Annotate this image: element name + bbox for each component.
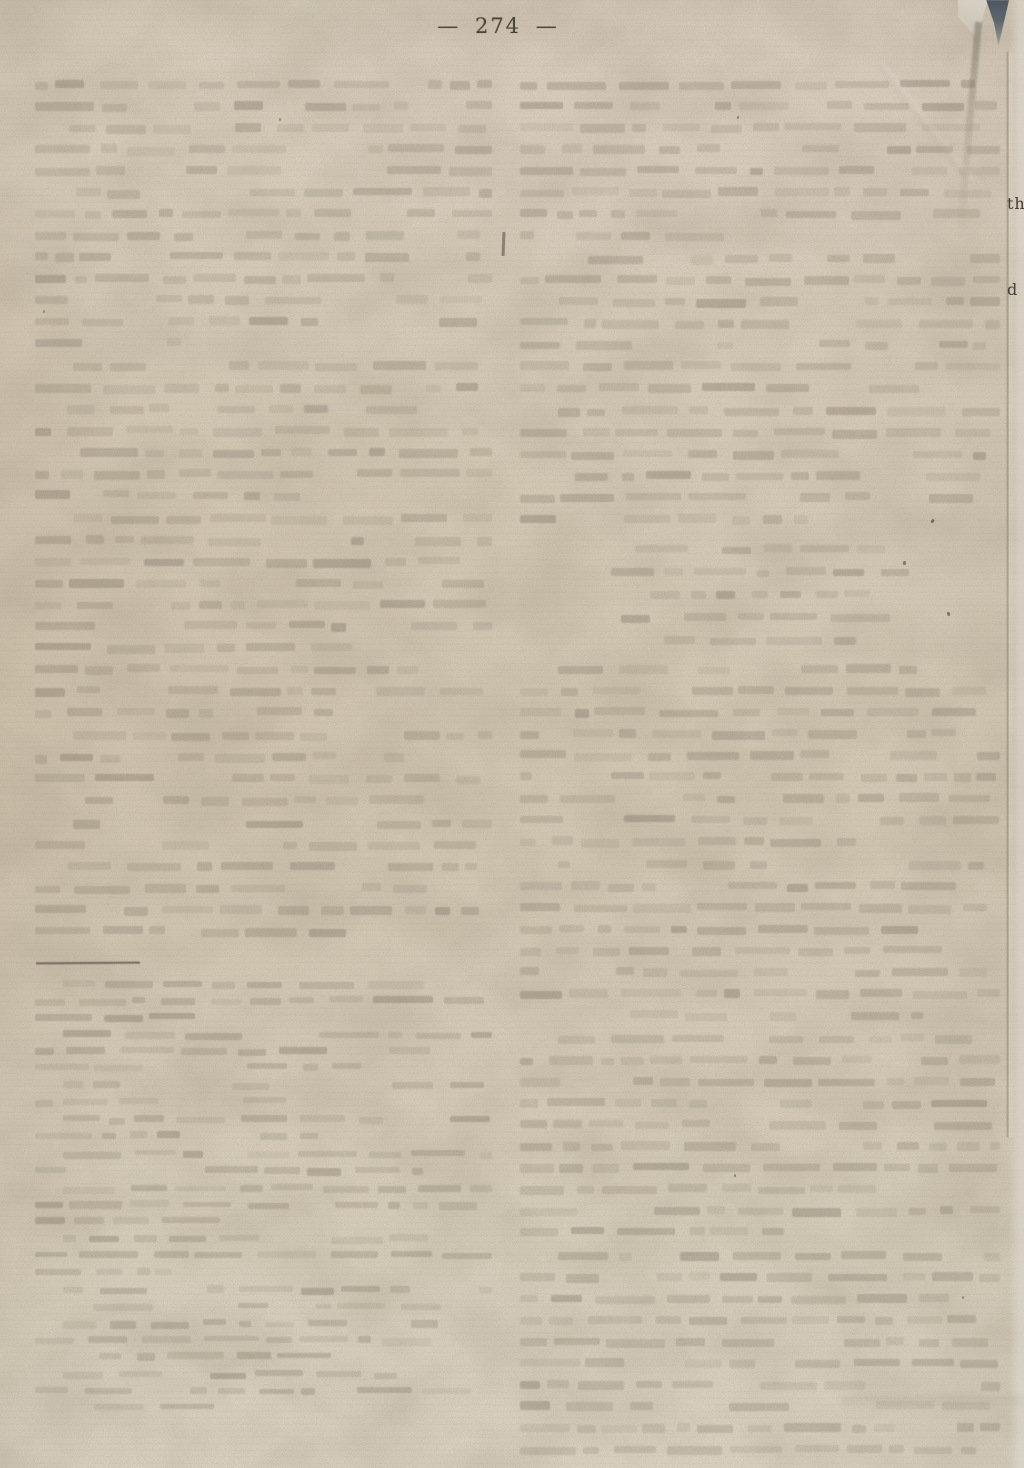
faded-paragraph [35, 1077, 492, 1109]
faded-word-trace [185, 1033, 242, 1040]
faded-text-line [35, 1231, 492, 1247]
faded-word-trace [619, 665, 668, 673]
faded-word-trace [975, 101, 997, 110]
faded-word-trace [802, 145, 839, 152]
faded-word-trace [111, 516, 159, 524]
faded-word-trace [442, 580, 484, 587]
faded-word-trace [197, 862, 212, 871]
faded-word-trace [69, 1201, 122, 1208]
faded-text-line [520, 1417, 1000, 1439]
faded-word-trace [277, 124, 304, 132]
faded-word-trace [76, 188, 101, 196]
faded-word-trace [622, 406, 679, 413]
faded-word-trace [900, 80, 950, 88]
faded-word-trace [242, 798, 289, 806]
faded-text-line [35, 856, 492, 878]
faded-word-trace [392, 1082, 433, 1089]
faded-text-line [520, 1331, 1000, 1353]
faded-word-trace [733, 709, 760, 716]
faded-word-trace [446, 733, 464, 740]
faded-word-trace [231, 885, 285, 893]
faded-word-trace [935, 1035, 972, 1044]
faded-word-trace [887, 146, 911, 154]
faded-text-line [520, 356, 1000, 378]
faded-word-trace [149, 1013, 195, 1019]
faded-word-trace [863, 254, 895, 263]
faded-word-trace [309, 775, 349, 783]
faded-word-trace [580, 124, 624, 133]
faded-word-trace [393, 885, 428, 893]
faded-word-trace [865, 342, 888, 350]
faded-word-trace [547, 82, 606, 90]
faded-word-trace [720, 1273, 758, 1282]
faded-word-trace [400, 469, 460, 477]
faded-word-trace [745, 278, 791, 286]
faded-word-trace [593, 948, 619, 956]
faded-word-trace [85, 211, 101, 219]
faded-word-trace [859, 904, 902, 912]
faded-word-trace [213, 428, 262, 437]
faded-word-trace [558, 666, 603, 673]
faded-word-trace [134, 1235, 157, 1242]
faded-word-trace [892, 1101, 922, 1110]
faded-text-line [520, 1439, 1000, 1461]
faded-word-trace [79, 999, 126, 1006]
faded-word-trace [905, 688, 939, 696]
faded-text-line [35, 1281, 492, 1297]
faded-word-trace [279, 252, 328, 260]
faded-word-trace [816, 591, 838, 598]
faded-word-trace [399, 449, 458, 458]
faded-word-trace [179, 469, 211, 477]
faded-word-trace [405, 906, 425, 915]
faded-word-trace [754, 989, 807, 997]
faded-word-trace [914, 1447, 952, 1454]
faded-word-trace [520, 145, 545, 154]
faded-word-trace [985, 320, 1000, 328]
faded-word-trace [149, 404, 168, 411]
faded-word-trace [520, 82, 537, 90]
faded-word-trace [127, 147, 175, 156]
faded-word-trace [412, 1168, 424, 1175]
faded-word-trace [887, 1078, 904, 1086]
faded-word-trace [690, 1227, 705, 1235]
faded-word-trace [552, 836, 573, 844]
faded-word-trace [839, 1122, 877, 1130]
faded-word-trace [675, 321, 704, 329]
faded-word-trace [576, 341, 632, 349]
ink-speck [43, 310, 45, 313]
faded-text-line [35, 268, 492, 290]
faded-word-trace [869, 1036, 892, 1043]
faded-word-trace [837, 838, 856, 846]
footnote-separator-rule [36, 962, 140, 964]
faded-word-trace [592, 1164, 619, 1172]
faded-word-trace [418, 1185, 461, 1192]
faded-word-trace [69, 125, 97, 132]
faded-word-trace [973, 276, 1000, 284]
faded-word-trace [110, 363, 146, 372]
faded-word-trace [439, 318, 478, 327]
faded-word-trace [703, 1164, 750, 1173]
faded-word-trace [238, 1303, 267, 1309]
faded-word-trace [110, 1321, 137, 1328]
faded-paragraph [520, 1028, 1000, 1243]
faded-text-line [35, 976, 492, 992]
faded-text-line [520, 1353, 1000, 1375]
faded-word-trace [611, 210, 624, 218]
faded-word-trace [901, 882, 955, 890]
faded-word-trace [520, 1381, 540, 1388]
faded-word-trace [213, 450, 254, 458]
faded-word-trace [520, 1164, 554, 1172]
faded-word-trace [771, 773, 803, 781]
faded-word-trace [311, 643, 352, 652]
faded-word-trace [373, 996, 432, 1003]
faded-word-trace [856, 1208, 898, 1216]
faded-word-trace [444, 997, 484, 1004]
faded-word-trace [959, 1055, 1000, 1064]
faded-word-trace [211, 999, 241, 1005]
faded-word-trace [520, 1359, 580, 1366]
faded-word-trace [77, 686, 100, 693]
faded-word-trace [643, 968, 667, 976]
faded-word-trace [380, 273, 393, 282]
faded-word-trace [752, 591, 768, 598]
faded-word-trace [125, 1032, 175, 1038]
faded-word-trace [357, 469, 392, 476]
faded-word-trace [368, 842, 420, 850]
faded-word-trace [387, 166, 441, 174]
faded-word-trace [176, 1117, 225, 1123]
faded-word-trace [396, 295, 428, 303]
faded-text-line [35, 1247, 492, 1263]
faded-word-trace [780, 591, 801, 598]
faded-word-trace [960, 1360, 997, 1368]
faded-word-trace [750, 751, 794, 759]
faded-word-trace [729, 1403, 788, 1411]
faded-text-line [520, 561, 1000, 584]
faded-word-trace [157, 1131, 180, 1138]
faded-word-trace [559, 1164, 583, 1173]
faded-word-trace [151, 1322, 189, 1329]
faded-word-trace [649, 772, 694, 780]
faded-word-trace [921, 1057, 948, 1065]
faded-word-trace [901, 1034, 925, 1042]
faded-word-trace [549, 1317, 573, 1325]
faded-word-trace [886, 1337, 904, 1346]
faded-word-trace [847, 1445, 882, 1453]
faded-word-trace [106, 125, 146, 134]
faded-word-trace [924, 773, 947, 781]
faded-word-trace [784, 123, 841, 130]
faded-word-trace [246, 622, 276, 630]
faded-word-trace [217, 406, 255, 413]
faded-word-trace [110, 406, 144, 415]
faded-word-trace [692, 687, 733, 695]
faded-text-line [520, 1136, 1000, 1158]
faded-word-trace [520, 708, 561, 715]
faded-word-trace [845, 492, 871, 499]
faded-word-trace [289, 997, 313, 1004]
faded-word-trace [890, 751, 937, 760]
faded-word-trace [703, 861, 735, 870]
faded-word-trace [520, 209, 547, 217]
faded-word-trace [779, 817, 813, 825]
faded-word-trace [944, 190, 990, 198]
faded-word-trace [554, 1338, 601, 1346]
faded-word-trace [137, 1353, 155, 1360]
faded-text-line [35, 747, 492, 769]
faded-word-trace [739, 102, 789, 110]
faded-word-trace [725, 255, 758, 262]
faded-word-trace [85, 797, 113, 805]
faded-word-trace [179, 449, 201, 457]
faded-word-trace [321, 906, 343, 915]
faded-word-trace [337, 252, 355, 261]
faded-word-trace [458, 125, 486, 133]
faded-word-trace [520, 1120, 547, 1128]
faded-word-trace [94, 471, 140, 480]
faded-word-trace [696, 299, 746, 308]
faded-word-trace [520, 1401, 550, 1410]
faded-word-trace [816, 990, 849, 999]
faded-word-trace [571, 881, 600, 890]
faded-word-trace [666, 277, 695, 284]
faded-word-trace [690, 1056, 747, 1063]
faded-word-trace [235, 385, 273, 393]
faded-word-trace [679, 82, 724, 89]
faded-word-trace [102, 1133, 116, 1139]
faded-word-trace [193, 492, 229, 499]
faded-word-trace [160, 1404, 214, 1410]
faded-word-trace [520, 342, 560, 350]
faded-word-trace [682, 1120, 709, 1128]
faded-word-trace [162, 1217, 219, 1223]
faded-word-trace [85, 1388, 132, 1394]
faded-word-trace [35, 1048, 54, 1055]
faded-word-trace [844, 947, 870, 954]
faded-word-trace [193, 558, 250, 566]
faded-word-trace [156, 295, 183, 302]
faded-word-trace [593, 687, 640, 694]
faded-word-trace [300, 1115, 345, 1122]
faded-word-trace [35, 428, 51, 437]
faded-word-trace [970, 297, 1000, 306]
faded-word-trace [520, 926, 552, 934]
faded-word-trace [35, 1014, 92, 1021]
faded-word-trace [145, 884, 186, 892]
faded-word-trace [710, 1227, 748, 1235]
faded-text-line [520, 584, 1000, 607]
faded-word-trace [863, 1142, 882, 1149]
faded-text-line [35, 182, 492, 204]
faded-paragraph [520, 74, 1000, 246]
faded-word-trace [911, 1012, 923, 1019]
faded-word-trace [166, 709, 189, 718]
faded-word-trace [733, 1252, 781, 1260]
faded-word-trace [63, 1321, 96, 1328]
faded-word-trace [630, 1402, 653, 1411]
faded-word-trace [624, 361, 673, 369]
faded-word-trace [237, 667, 278, 675]
faded-word-trace [200, 580, 219, 587]
faded-word-trace [366, 775, 393, 783]
faded-word-trace [733, 430, 758, 437]
faded-word-trace [717, 796, 735, 804]
faded-word-trace [442, 863, 459, 871]
faded-word-trace [205, 1166, 258, 1173]
faded-word-trace [798, 948, 832, 956]
faded-word-trace [520, 795, 548, 803]
faded-word-trace [266, 559, 307, 568]
faded-word-trace [970, 1206, 1000, 1213]
faded-word-trace [74, 1217, 103, 1224]
faded-word-trace [463, 514, 492, 522]
faded-word-trace [520, 967, 539, 975]
faded-text-line [35, 899, 492, 921]
faded-word-trace [689, 1317, 727, 1325]
faded-word-trace [558, 1036, 595, 1044]
faded-word-trace [63, 1152, 121, 1159]
faded-word-trace [300, 1133, 319, 1139]
faded-word-trace [35, 710, 51, 718]
faded-word-trace [136, 580, 186, 587]
faded-word-trace [931, 277, 965, 286]
faded-word-trace [415, 537, 461, 546]
faded-word-trace [722, 547, 751, 555]
faded-text-line [35, 1332, 492, 1348]
faded-word-trace [35, 102, 94, 111]
faded-word-trace [750, 168, 763, 176]
faded-paragraph [35, 813, 492, 942]
faded-text-line [520, 1179, 1000, 1201]
faded-word-trace [632, 838, 685, 847]
faded-word-trace [309, 842, 357, 851]
faded-text-line [520, 139, 1000, 161]
faded-word-trace [286, 209, 301, 217]
faded-word-trace [203, 1319, 226, 1325]
faded-word-trace [296, 579, 341, 587]
faded-word-trace [677, 1423, 690, 1432]
faded-word-trace [35, 665, 78, 673]
faded-word-trace [362, 883, 381, 890]
faded-word-trace [897, 277, 921, 285]
faded-word-trace [449, 167, 492, 176]
faded-word-trace [334, 81, 389, 89]
faded-word-trace [707, 1206, 725, 1214]
faded-word-trace [163, 981, 202, 987]
faded-word-trace [856, 320, 902, 328]
faded-word-trace [457, 230, 480, 239]
faded-text-line [35, 246, 492, 268]
faded-word-trace [584, 319, 596, 328]
faded-word-trace [743, 817, 767, 824]
faded-word-trace [678, 514, 716, 523]
faded-word-trace [794, 515, 808, 523]
faded-word-trace [35, 490, 70, 499]
faded-word-trace [854, 123, 906, 131]
faded-text-line [520, 225, 1000, 247]
faded-word-trace [697, 927, 746, 935]
faded-word-trace [411, 1150, 466, 1156]
faded-word-trace [559, 297, 597, 305]
faded-word-trace [766, 384, 809, 393]
faded-paragraph [35, 1146, 492, 1178]
faded-word-trace [854, 1359, 901, 1366]
faded-word-trace [615, 1099, 641, 1107]
faded-word-trace [351, 537, 364, 545]
faded-word-trace [96, 1269, 122, 1275]
faded-text-line [35, 377, 492, 399]
faded-word-trace [100, 1288, 147, 1294]
faded-text-line [520, 745, 1000, 767]
faded-word-trace [35, 643, 91, 650]
faded-word-trace [961, 1447, 976, 1454]
faded-word-trace [413, 1202, 428, 1209]
faded-word-trace [646, 860, 687, 868]
faded-word-trace [169, 1236, 206, 1242]
faded-text-line [35, 225, 492, 247]
faded-text-line [35, 530, 492, 552]
faded-word-trace [319, 1032, 379, 1038]
faded-word-trace [271, 516, 327, 524]
faded-word-trace [520, 1078, 560, 1087]
faded-word-trace [681, 361, 721, 368]
faded-word-trace [80, 558, 130, 565]
faded-word-trace [401, 514, 447, 522]
faded-word-trace [107, 645, 155, 654]
faded-word-trace [259, 1389, 294, 1395]
faded-word-trace [479, 1287, 492, 1294]
faded-word-trace [578, 1381, 624, 1390]
faded-word-trace [407, 209, 436, 217]
faded-word-trace [735, 947, 790, 954]
faded-word-trace [231, 601, 244, 609]
faded-word-trace [434, 841, 476, 849]
faded-word-trace [67, 708, 102, 716]
faded-word-trace [728, 882, 776, 890]
faded-word-trace [632, 124, 646, 132]
faded-word-trace [722, 1339, 774, 1347]
faded-word-trace [298, 1151, 357, 1157]
faded-word-trace [300, 733, 327, 742]
faded-word-trace [593, 145, 645, 154]
faded-word-trace [939, 341, 968, 349]
faded-word-trace [260, 1133, 287, 1140]
faded-word-trace [304, 405, 328, 413]
faded-word-trace [141, 536, 194, 544]
faded-word-trace [602, 1186, 657, 1194]
faded-word-trace [691, 816, 730, 824]
faded-word-trace [230, 688, 281, 695]
faded-word-trace [520, 816, 563, 823]
faded-word-trace [595, 1296, 655, 1304]
faded-word-trace [416, 1033, 461, 1039]
faded-word-trace [180, 428, 198, 436]
faded-text-line [35, 1128, 492, 1144]
faded-text-line [35, 356, 492, 378]
faded-text-line [35, 508, 492, 530]
faded-word-trace [692, 947, 721, 956]
faded-word-trace [307, 1168, 340, 1175]
faded-text-line [35, 1043, 492, 1059]
faded-word-trace [313, 752, 336, 759]
faded-word-trace [478, 731, 492, 739]
faded-text-line [35, 1383, 492, 1399]
faded-word-trace [792, 1208, 840, 1217]
faded-word-trace [119, 1098, 158, 1104]
